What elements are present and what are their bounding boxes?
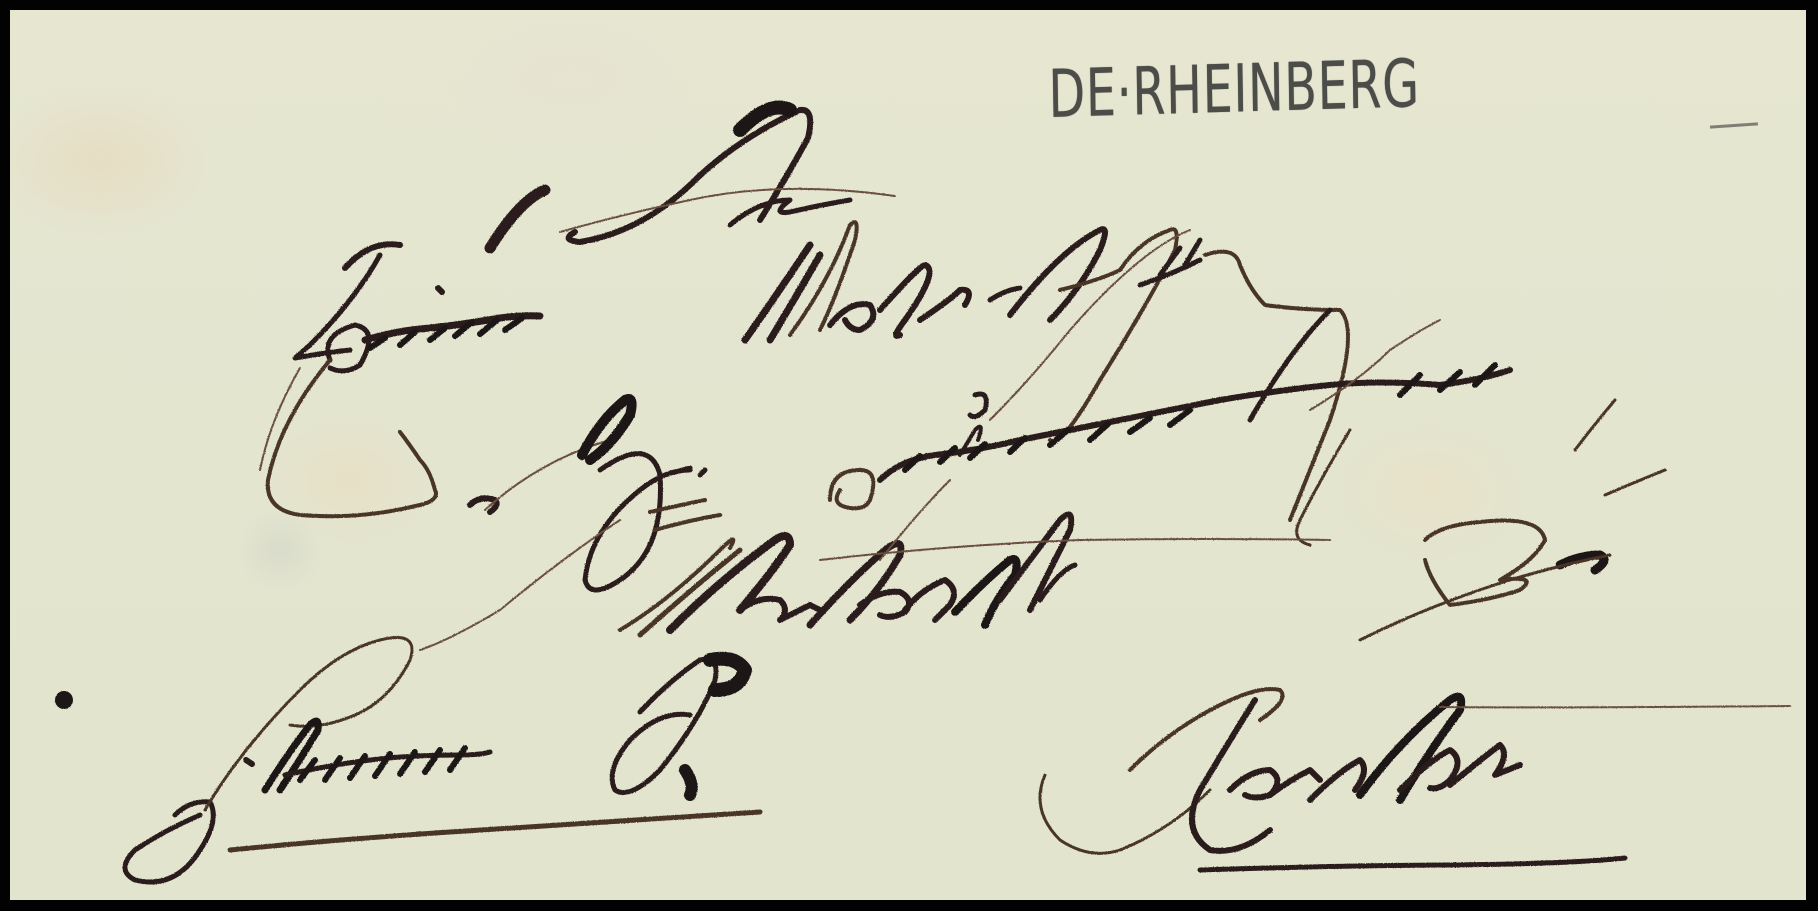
address-line-wohlgeboren xyxy=(745,222,1348,520)
notation-z-herrn-s xyxy=(55,638,760,883)
flourish-left xyxy=(268,360,436,516)
address-line-herrn xyxy=(260,244,540,470)
handwriting-layer xyxy=(0,0,1818,911)
address-line-ulberkoott xyxy=(620,480,1330,635)
address-line-burgermeister xyxy=(830,310,1615,545)
address-line-xanten xyxy=(1040,689,1790,870)
address-line-ihro xyxy=(420,399,720,650)
address-line-dem xyxy=(490,108,895,249)
address-zu xyxy=(1360,470,1665,640)
